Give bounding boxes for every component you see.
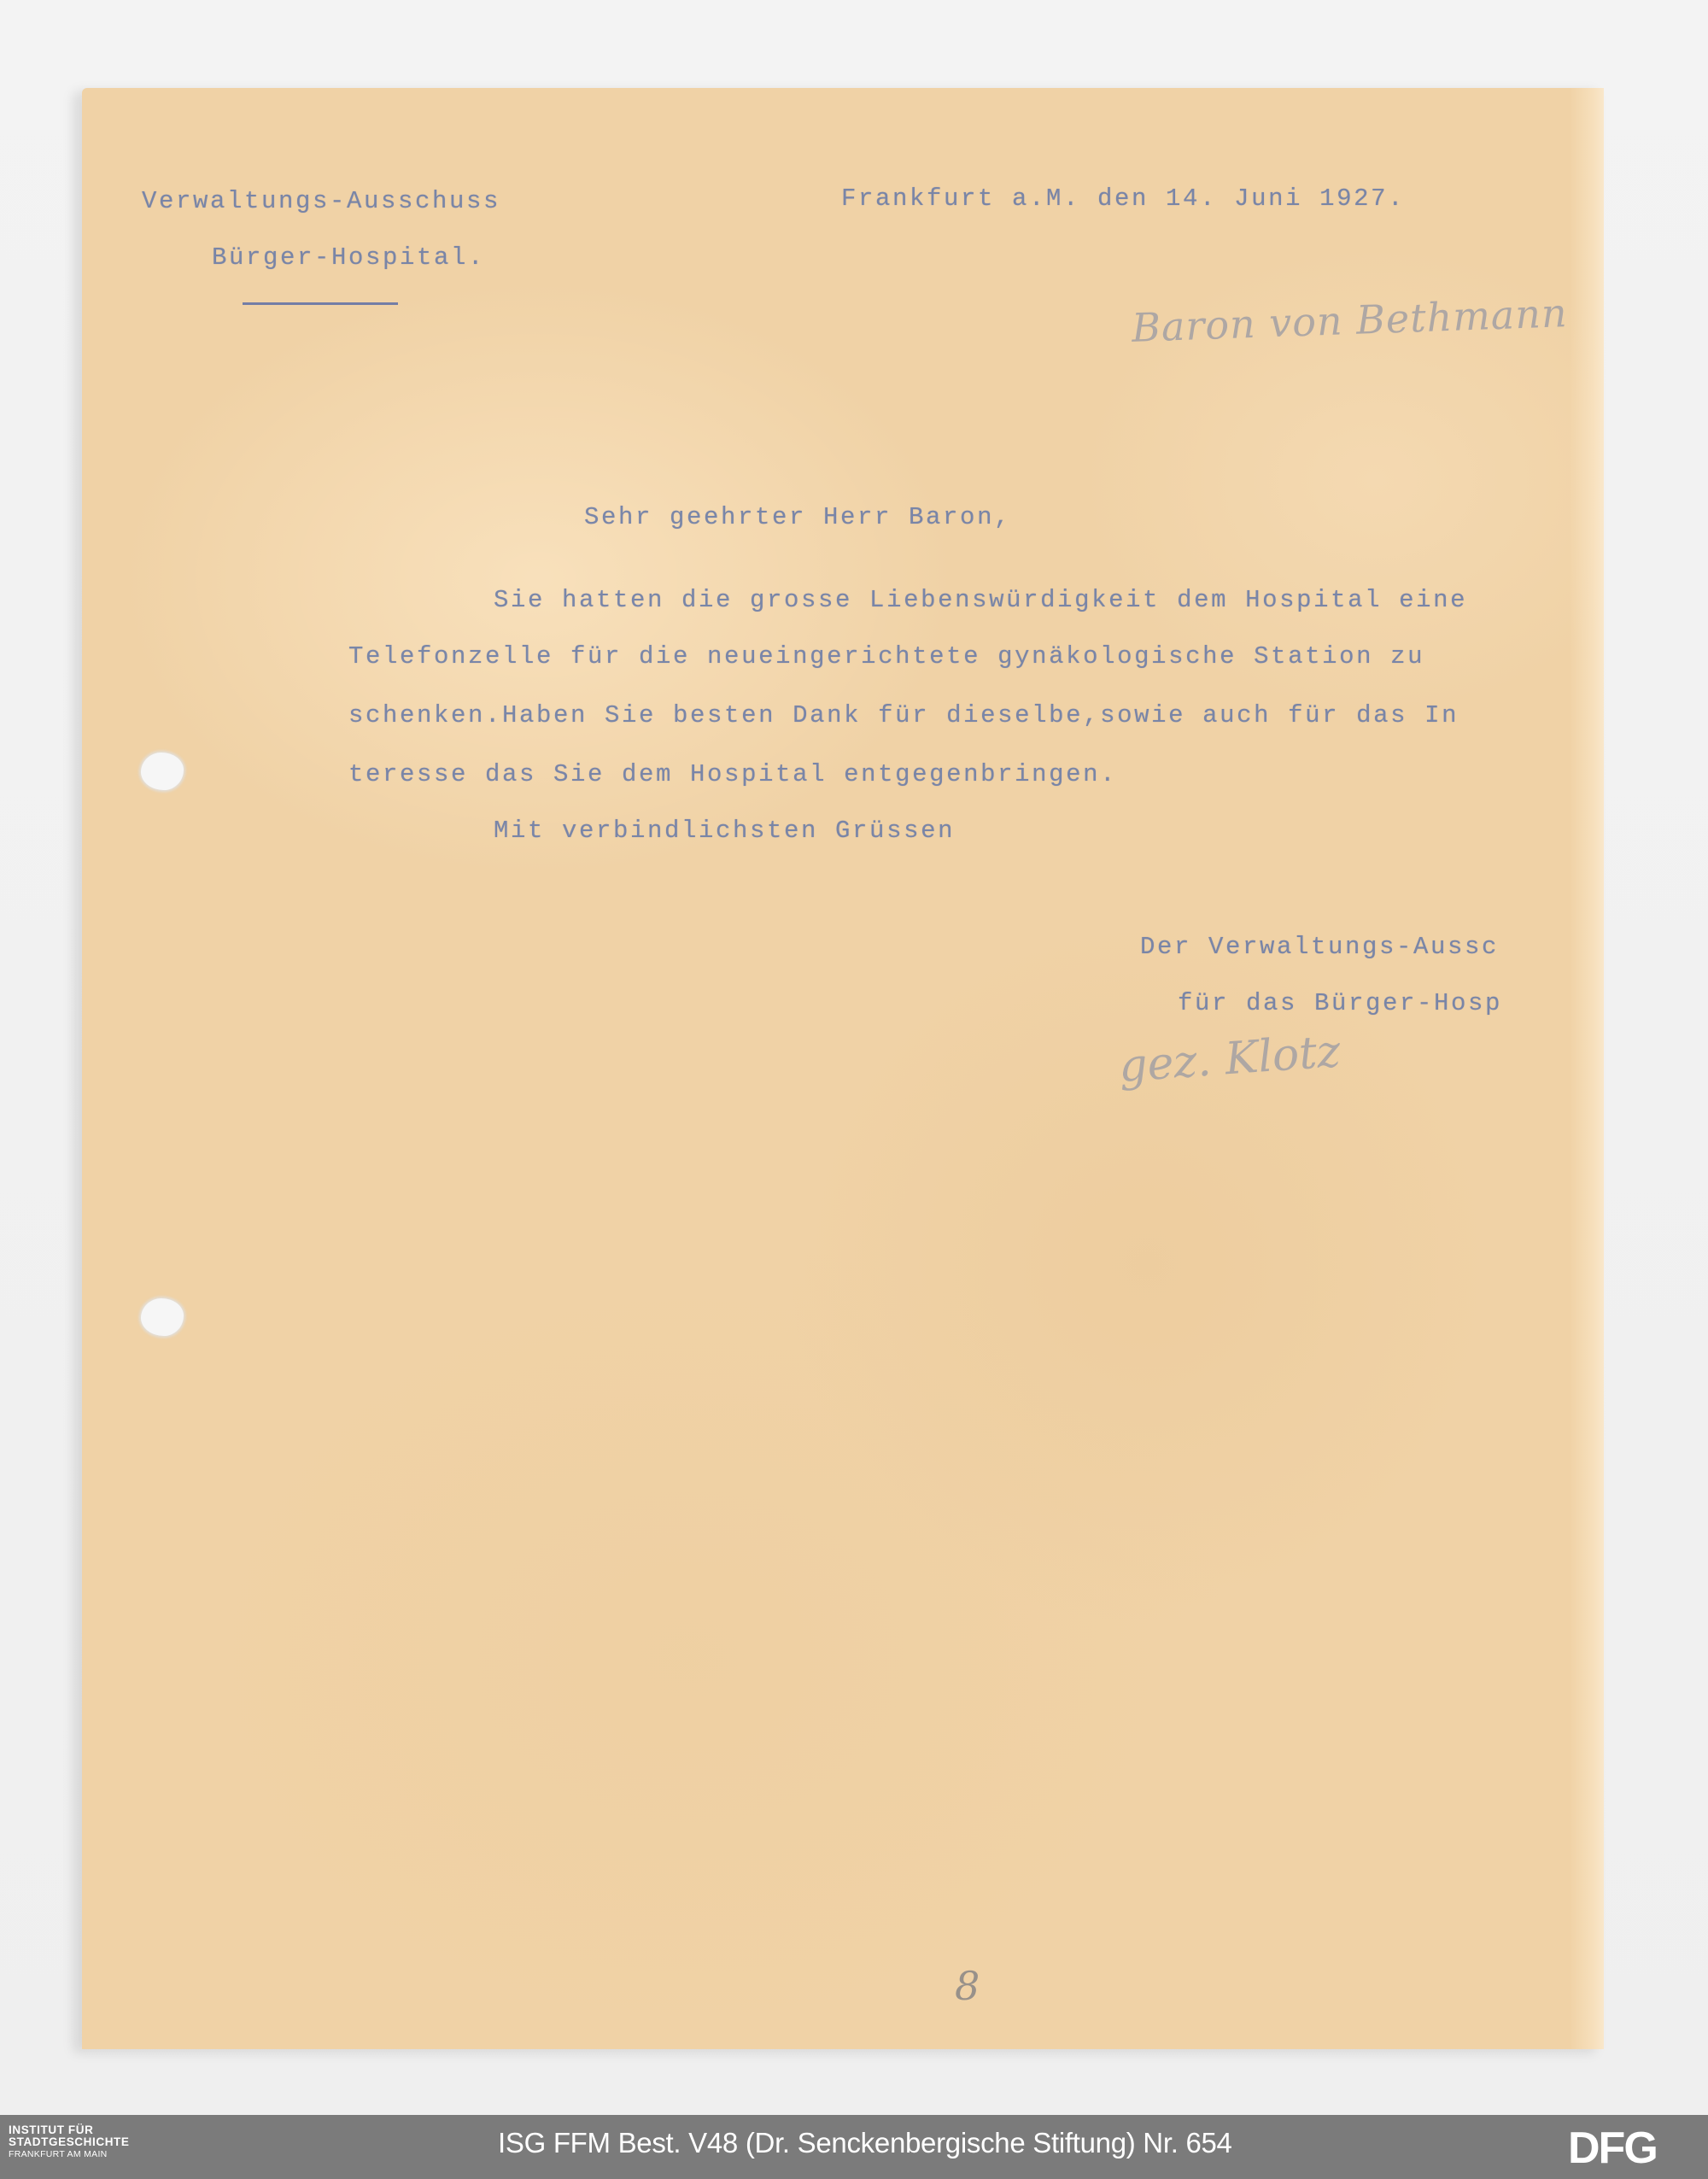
dfg-logo: DFG (1568, 2126, 1657, 2170)
body-line-2: Telefonzelle für die neueingerichtete gy… (348, 642, 1424, 671)
letterhead-underline (243, 302, 398, 305)
signature-block-line-1: Der Verwaltungs-Aussc (1140, 933, 1499, 961)
institution-logo: INSTITUT FÜR STADTGESCHICHTE FRANKFURT A… (9, 2124, 130, 2160)
letterhead-line-1: Verwaltungs-Ausschuss (142, 187, 500, 215)
signature-block-line-2: für das Bürger-Hosp (1178, 989, 1502, 1017)
salutation: Sehr geehrter Herr Baron, (584, 503, 1011, 531)
body-line-3: schenken.Haben Sie besten Dank für diese… (348, 701, 1459, 729)
closing: Mit verbindlichsten Grüssen (494, 817, 955, 845)
letter-page (82, 88, 1604, 2049)
punch-hole-lower (141, 1298, 184, 1336)
place-date: Frankfurt a.M. den 14. Juni 1927. (841, 185, 1405, 213)
letterhead-line-2: Bürger-Hospital. (212, 243, 485, 272)
punch-hole-upper (141, 753, 184, 790)
institution-line-3: FRANKFURT AM MAIN (9, 2148, 130, 2160)
paper-right-edge (1570, 88, 1604, 2049)
archive-footer-bar: INSTITUT FÜR STADTGESCHICHTE FRANKFURT A… (0, 2115, 1708, 2179)
institution-line-2: STADTGESCHICHTE (9, 2136, 130, 2148)
body-line-4: teresse das Sie dem Hospital entgegenbri… (348, 760, 1117, 788)
page-number: 8 (955, 1963, 980, 2009)
institution-line-1: INSTITUT FÜR (9, 2124, 130, 2136)
body-line-1: Sie hatten die grosse Liebenswürdigkeit … (494, 586, 1467, 614)
archive-reference: ISG FFM Best. V48 (Dr. Senckenbergische … (498, 2127, 1232, 2159)
